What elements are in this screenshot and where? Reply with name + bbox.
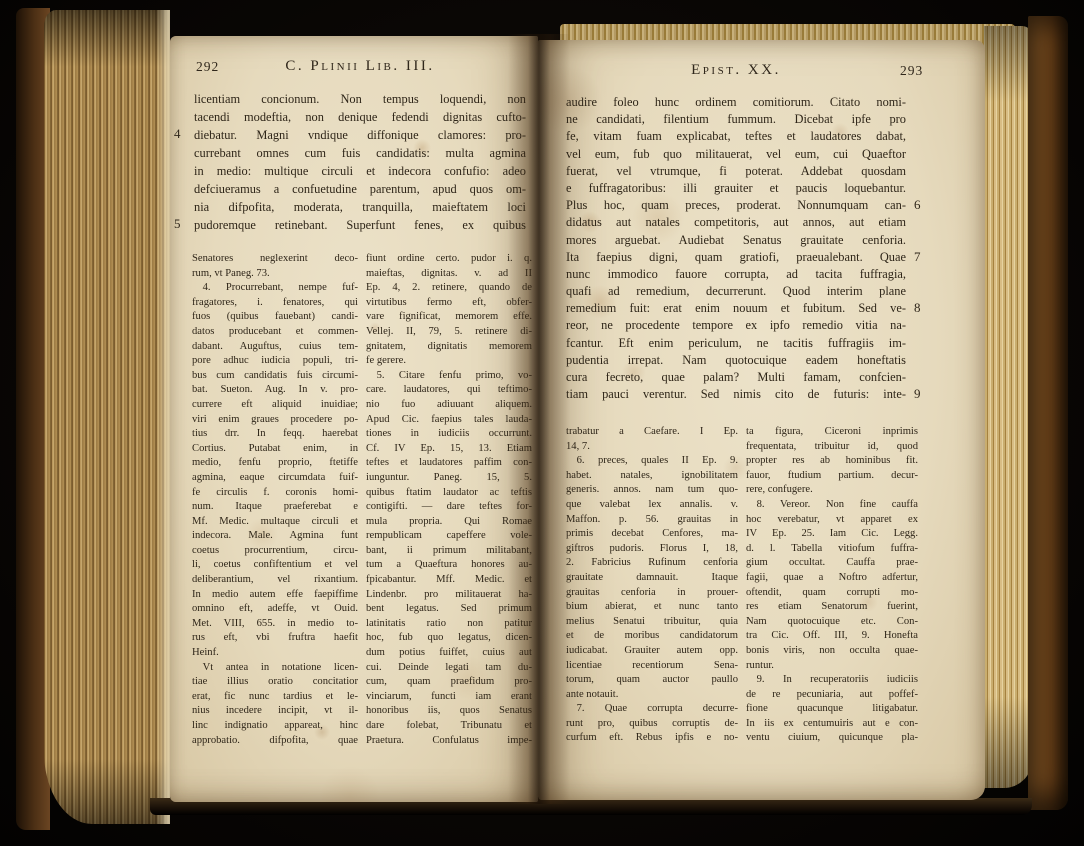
text-line: linc indignatio appareat, hinc (192, 719, 358, 734)
text-line: coetus procurrentium, circu- (192, 544, 358, 559)
text-line: Plus hoc, quam preces, proderat. Nonnumq… (566, 197, 906, 214)
text-line: ne candidati, filentium fummum. Dicebat … (566, 111, 906, 128)
page-number-right: 293 (900, 63, 923, 79)
text-line: fuerat, vel vtrumque, fi poterat. Addeba… (566, 163, 906, 180)
commentary-left-col1: Senatores neglexerint deco-rum, vt Paneg… (192, 252, 358, 748)
text-line: curfum eft. Rebus ipfis e no- (566, 731, 738, 746)
text-line: agmina, eaque circumdata fuif- (192, 471, 358, 486)
text-line: rum, vt Paneg. 73. (192, 267, 358, 282)
text-line: latinitatis ratio non patitur (366, 617, 532, 632)
text-line: dare folebat, Tribunatu et (366, 719, 532, 734)
margin-section-number-5: 5 (174, 216, 181, 232)
commentary-right-col1: trabatur a Caefare. I Ep.14, 7. 6. prece… (566, 425, 738, 746)
text-line: generis. annos. nam tum quo- (566, 483, 738, 498)
text-line: 6. preces, quales II Ep. 9. (566, 454, 738, 469)
text-line: fiunt ordine certo. pudor i. q. (366, 252, 532, 267)
commentary-right: trabatur a Caefare. I Ep.14, 7. 6. prece… (566, 425, 918, 746)
text-line: vinciarum, functi iam erant (366, 690, 532, 705)
text-line: dum potius fuiffet, cuius aut (366, 646, 532, 661)
text-line: cui. Deinde legati tam du- (366, 661, 532, 676)
text-line: tum a Quaeftura honores au- (366, 558, 532, 573)
text-line: res etiam Senatorum fuerint, (746, 600, 918, 615)
text-line: licentiam concionum. Non tempus loquendi… (194, 90, 526, 108)
text-line: tius drr. In feqq. haerebat (192, 427, 358, 442)
left-page: 292 C. Plinii Lib. III. 4 5 licentiam co… (170, 36, 538, 802)
text-line: grauitas cenforia in prouer- (566, 586, 738, 601)
text-line: runtur. (746, 659, 918, 674)
text-line: de re pecuniaria, aut poffef- (746, 688, 918, 703)
margin-section-number-4: 4 (174, 126, 181, 142)
text-line: contigifti. — dare teftes for- (366, 500, 532, 515)
text-line: IV Ep. 25. Iam Cic. Legg. (746, 527, 918, 542)
text-line: ventu ciuium, quicunque pla- (746, 731, 918, 746)
text-line: Apud Cic. faepius tales lauda- (366, 413, 532, 428)
text-line: maieftas, dignitas. v. ad II (366, 267, 532, 282)
text-line: pudentia irrepat. Nam quotocuique eadem … (566, 352, 906, 369)
text-line: fe gerere. (366, 354, 532, 369)
text-line: 8. Vereor. Non fine cauffa (746, 498, 918, 513)
text-line: In medio autem effe faepiffime (192, 588, 358, 603)
commentary-right-col2: ta figura, Ciceroni inprimisfrequentata,… (746, 425, 918, 746)
text-line: fagii, quae a Noftro adfertur, (746, 571, 918, 586)
text-line: bium abierat, et nunc tanto (566, 600, 738, 615)
text-line: nunc immodico fauore corrupta, ad tacita… (566, 266, 906, 283)
page-fore-edge-left (44, 10, 170, 824)
margin-section-number-9: 9 (914, 386, 921, 402)
text-line: Mf. Medic. multaque circuli et (192, 515, 358, 530)
text-line: runt pro, quibus corruptis de- (566, 717, 738, 732)
text-line: melius Senatui tribuitur, quia (566, 615, 738, 630)
text-line: fe, vitam fuam explicabat, teftes et lau… (566, 128, 906, 145)
text-line: bus cum candidatis fuis circumi- (192, 369, 358, 384)
text-line: Vt antea in notatione licen- (192, 661, 358, 676)
text-line: Met. VIII, 655. in medio to- (192, 617, 358, 632)
text-line: Nam quotocuique etc. Con- (746, 615, 918, 630)
text-line: bant, ii primum militabant, (366, 544, 532, 559)
text-line: medio, fenfu proprio, ftetiffe (192, 456, 358, 471)
text-line: In iis ex centumuiris aut e con- (746, 717, 918, 732)
text-line: Heinf. (192, 646, 358, 661)
text-line: 7. Quae corrupta decurre- (566, 702, 738, 717)
text-line: nia difpofita, moderata, tranquilla, mai… (194, 198, 526, 216)
text-line: fuos (quibus fauebant) candi- (192, 310, 358, 325)
text-line: frequentata, tribuitur id, quod (746, 440, 918, 455)
text-line: 4. Procurrebant, nempe fuf- (192, 281, 358, 296)
text-line: tra Cic. Off. III, 9. Honefta (746, 629, 918, 644)
text-line: pore adhuc iudicia populi, tri- (192, 354, 358, 369)
text-line: fragatores, i. fenatores, qui (192, 296, 358, 311)
running-header-right: Epist. XX. (566, 62, 906, 79)
text-line: Lindenbr. pro militauerat ha- (366, 588, 532, 603)
right-page: Epist. XX. 293 6 7 8 9 audire foleo hunc… (538, 40, 985, 800)
text-line: licentiae recentiorum Sena- (566, 659, 738, 674)
text-line: que valebat lex annalis. v. (566, 498, 738, 513)
text-line: reor, ne procedente tempore ex ipfo reme… (566, 317, 906, 334)
text-line: giftros pudoris. Florus I, 18, (566, 542, 738, 557)
text-line: erat, fic nunc tardius et le- (192, 690, 358, 705)
text-line: defciueramus a confuetudine parentum, ap… (194, 180, 526, 198)
text-line: audire foleo hunc ordinem comitiorum. Ci… (566, 94, 906, 111)
text-line: 2. Fabricius Rufinum cenforia (566, 556, 738, 571)
text-line: num. Itaque praeferebat e (192, 500, 358, 515)
text-line: hoc verebatur, vt apparet ex (746, 513, 918, 528)
text-line: fcantur. Eft enim periculum, ne tacitis … (566, 335, 906, 352)
text-line: oftendit, quam corrupti mo- (746, 586, 918, 601)
text-line: cura fecreto, quae palam? Multi famam, c… (566, 369, 906, 386)
text-line: diebatur. Magni vndique diffonique clamo… (194, 126, 526, 144)
text-line: ante notauit. (566, 688, 738, 703)
text-line: fe circulis f. coronis homi- (192, 486, 358, 501)
text-line: tiae illius oratio concitatior (192, 675, 358, 690)
text-line: tiam pauci verentur. Sed nimis cito de f… (566, 386, 906, 403)
margin-section-number-8: 8 (914, 300, 921, 316)
text-line: approbatio. difpofita, quae (192, 734, 358, 749)
text-line: vare fignificat, memorem effe. (366, 310, 532, 325)
main-text-left: licentiam concionum. Non tempus loquendi… (194, 90, 526, 234)
text-line: trabatur a Caefare. I Ep. (566, 425, 738, 440)
text-line: bent legatus. Sed primum (366, 602, 532, 617)
text-line: propter res ab hominibus fit. (746, 454, 918, 469)
text-line: deliberantium, vel rixantium. (192, 573, 358, 588)
text-line: teftes et laudatores paffim con- (366, 456, 532, 471)
text-line: primis decebat Cenfores, ma- (566, 527, 738, 542)
margin-section-number-7: 7 (914, 249, 921, 265)
text-line: tiones in iudiciis occurrunt. (366, 427, 532, 442)
text-line: care. laudatores, qui teftimo- (366, 383, 532, 398)
text-line: ta figura, Ciceroni inprimis (746, 425, 918, 440)
text-line: quibus ftatim laudator ac teftis (366, 486, 532, 501)
text-line: fione quacunque litigabatur. (746, 702, 918, 717)
text-line: bat. Sueton. Aug. In v. pro- (192, 383, 358, 398)
text-line: iunguntur. Paneg. 15, 5. (366, 471, 532, 486)
text-line: fpicabantur. Mff. Medic. et (366, 573, 532, 588)
text-line: 5. Citare fenfu primo, vo- (366, 369, 532, 384)
text-line: bonis viris, non occulta quae- (746, 644, 918, 659)
text-line: grauitate damnauit. Itaque (566, 571, 738, 586)
text-line: Maffon. p. 56. grauitas in (566, 513, 738, 528)
text-line: viri enim graues procedere po- (192, 413, 358, 428)
text-line: Senatores neglexerint deco- (192, 252, 358, 267)
text-line: mula propria. Qui Romae (366, 515, 532, 530)
text-line: rere, confugere. (746, 483, 918, 498)
text-line: currebant omnes cum fuis candidatis: mul… (194, 144, 526, 162)
margin-section-number-6: 6 (914, 197, 921, 213)
text-line: rempublicam capeffere vole- (366, 529, 532, 544)
text-line: Ep. 4, 2. retinere, quando de (366, 281, 532, 296)
text-line: Praetura. Confulatus impe- (366, 734, 532, 749)
commentary-left: Senatores neglexerint deco-rum, vt Paneg… (192, 252, 532, 748)
text-line: Cf. IV Ep. 15, 13. Etiam (366, 442, 532, 457)
text-line: didatus aut natales competitoris, aut an… (566, 214, 906, 231)
text-line: habet. natales, ignobilitatem (566, 469, 738, 484)
photo-background: 292 C. Plinii Lib. III. 4 5 licentiam co… (0, 0, 1084, 846)
text-line: omnino eft, adeffe, vt Ouid. (192, 602, 358, 617)
text-line: tacendi modeftia, non denique fedendi di… (194, 108, 526, 126)
text-line: pudoremque retinebant. Superfunt fenes, … (194, 216, 526, 234)
text-line: nio fuo adiuuant aliquem. (366, 398, 532, 413)
book-cover-right-edge (1028, 16, 1068, 810)
text-line: vel eum, fub quo militauerat, vel eum, c… (566, 146, 906, 163)
text-line: gnitatem, dignitatis memorem (366, 340, 532, 355)
text-line: et de moribus candidatorum (566, 629, 738, 644)
text-line: fauor, ftudium partium. decur- (746, 469, 918, 484)
text-line: hoc, fub quo legatus, dicen- (366, 631, 532, 646)
text-line: gium occultat. Cauffa prae- (746, 556, 918, 571)
text-line: quafi ad remedium, decurrerunt. Quod int… (566, 283, 906, 300)
text-line: Vellej. II, 79, 5. retinere di- (366, 325, 532, 340)
text-line: e fuffragatoribus: illi grauiter et pauc… (566, 180, 906, 197)
text-line: 9. In recuperatoriis iudiciis (746, 673, 918, 688)
text-line: mores arguebat. Audiebat Senatus grauita… (566, 232, 906, 249)
text-line: torum, quam auctor paullo (566, 673, 738, 688)
text-line: cum, quam praefidum pro- (366, 675, 532, 690)
text-line: honoribus iis, quos Senatus (366, 704, 532, 719)
text-line: rus eft, vbi fruftra haefit (192, 631, 358, 646)
text-line: indecora. Male. Agmina funt (192, 529, 358, 544)
text-line: iudicabat. Grauiter autem opp. (566, 644, 738, 659)
text-line: Ita faepius digni, quam gratiofi, praeua… (566, 249, 906, 266)
text-line: 14, 7. (566, 440, 738, 455)
text-line: li, coetus confiftentium et vel (192, 558, 358, 573)
page-fore-edge-right (984, 26, 1032, 788)
main-text-right: audire foleo hunc ordinem comitiorum. Ci… (566, 94, 906, 403)
text-line: d. l. Tabella vitiofum fuffra- (746, 542, 918, 557)
commentary-left-col2: fiunt ordine certo. pudor i. q.maieftas,… (366, 252, 532, 748)
text-line: in medio: multique circuli et indecora c… (194, 162, 526, 180)
text-line: currere eft aliquid inuidiae; (192, 398, 358, 413)
running-header-left: C. Plinii Lib. III. (194, 58, 526, 75)
text-line: nius incedere incipit, vt il- (192, 704, 358, 719)
text-line: dabant. Auguftus, cuius tem- (192, 340, 358, 355)
text-line: virtutibus fermo eft, obfer- (366, 296, 532, 311)
text-line: Cortius. Putabat enim, in (192, 442, 358, 457)
text-line: datos producebant et commen- (192, 325, 358, 340)
text-line: remedium fuit: erat enim nouum et fubitu… (566, 300, 906, 317)
